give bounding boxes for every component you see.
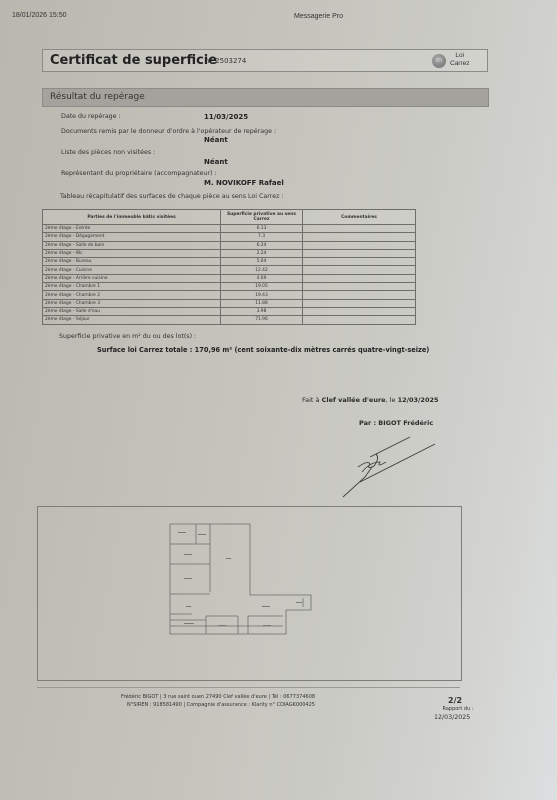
cell-surface: 12.42 bbox=[221, 266, 303, 274]
cell-part: 2ème étage - Chambre 3 bbox=[43, 299, 221, 307]
handwritten-signature-icon bbox=[340, 432, 440, 502]
cell-surface: 7.3 bbox=[221, 233, 303, 241]
table-row: 2ème étage - Chambre 311.88 bbox=[43, 299, 416, 307]
page-number: 2/2 bbox=[448, 696, 462, 705]
cell-part: 2ème étage - Salle de bain bbox=[43, 241, 221, 249]
table-row: 2ème étage - Bureau5.64 bbox=[43, 258, 416, 266]
non-visited-label: Liste des pièces non visitées : bbox=[61, 149, 155, 156]
section-header: Résultat du repérage bbox=[42, 88, 489, 107]
cell-surface: 71.96 bbox=[221, 316, 303, 324]
cell-part: 2ème étage - Wc bbox=[43, 249, 221, 257]
app-name: Messagerie Pro bbox=[294, 13, 343, 20]
fait-prefix: Fait à bbox=[302, 396, 322, 404]
cell-comment bbox=[303, 291, 416, 299]
surfaces-table: Parties de l'immeuble bâtis visitées Sup… bbox=[42, 209, 416, 325]
print-datetime: 18/01/2026 15:50 bbox=[12, 12, 67, 19]
table-row: 2ème étage - Séjour71.96 bbox=[43, 316, 416, 324]
cell-surface: 4.69 bbox=[221, 274, 303, 282]
footer-legal: N°SIREN : 918581490 | Compagnie d'assura… bbox=[127, 702, 315, 708]
cell-part: 2ème étage - Arrière cuisine bbox=[43, 274, 221, 282]
table-row: 2ème étage - Cuisine12.42 bbox=[43, 266, 416, 274]
cell-part: 2ème étage - Salle d'eau bbox=[43, 307, 221, 315]
footer-divider bbox=[37, 687, 460, 688]
table-row: 2ème étage - Wc2.24 bbox=[43, 249, 416, 257]
cell-comment bbox=[303, 225, 416, 233]
representative-value: M. NOVIKOFF Rafael bbox=[204, 179, 284, 187]
cell-comment bbox=[303, 274, 416, 282]
logo-line2: Carrez bbox=[450, 60, 470, 67]
certificate-number: n° 2503274 bbox=[205, 57, 246, 65]
table-row: 2ème étage - Chambre 219.43 bbox=[43, 291, 416, 299]
non-visited-value: Néant bbox=[204, 158, 228, 166]
cell-surface: 5.64 bbox=[221, 258, 303, 266]
cell-surface: 19.43 bbox=[221, 291, 303, 299]
table-row: 2ème étage - Chambre 119.05 bbox=[43, 283, 416, 291]
header-parts: Parties de l'immeuble bâtis visitées bbox=[43, 210, 221, 225]
cell-part: 2ème étage - Entrée bbox=[43, 225, 221, 233]
cell-surface: 2.24 bbox=[221, 249, 303, 257]
footer-contact: Frédéric BIGOT | 3 rue saint ouen 27490 … bbox=[121, 694, 315, 700]
loi-carrez-logo: Loi Carrez bbox=[450, 52, 470, 68]
total-label: Superficie privative en m² du ou des lot… bbox=[59, 333, 196, 340]
table-row: 2ème étage - Entrée6.13 bbox=[43, 225, 416, 233]
table-header-row: Parties de l'immeuble bâtis visitées Sup… bbox=[43, 210, 416, 225]
table-row: 2ème étage - Arrière cuisine4.69 bbox=[43, 274, 416, 282]
cell-part: 2ème étage - Bureau bbox=[43, 258, 221, 266]
table-row: 2ème étage - Dégagement7.3 bbox=[43, 233, 416, 241]
date-value: 11/03/2025 bbox=[204, 113, 248, 121]
date-prefix: , le bbox=[386, 396, 398, 404]
cell-comment bbox=[303, 299, 416, 307]
cell-part: 2ème étage - Séjour bbox=[43, 316, 221, 324]
place: Clef vallée d'eure bbox=[322, 396, 386, 404]
table-row: 2ème étage - Salle d'eau3.98 bbox=[43, 307, 416, 315]
cell-surface: 19.05 bbox=[221, 283, 303, 291]
cell-part: 2ème étage - Chambre 1 bbox=[43, 283, 221, 291]
date-label: Date du repérage : bbox=[61, 113, 121, 120]
header-surface: Superficie privative au sens Carrez bbox=[221, 210, 303, 225]
representative-label: Représentant du propriétaire (accompagna… bbox=[61, 170, 217, 177]
header-comments: Commentaires bbox=[303, 210, 416, 225]
cell-comment bbox=[303, 266, 416, 274]
cell-comment bbox=[303, 241, 416, 249]
cell-comment bbox=[303, 307, 416, 315]
section-title: Résultat du repérage bbox=[50, 92, 145, 102]
certificate-title: Certificat de superficie bbox=[50, 53, 217, 68]
logo-line1: Loi bbox=[455, 52, 464, 59]
m-badge-icon: m bbox=[432, 54, 446, 68]
floor-plan-icon bbox=[168, 522, 313, 642]
certificate-title-box: Certificat de superficie n° 2503274 m Lo… bbox=[42, 49, 488, 72]
cell-comment bbox=[303, 258, 416, 266]
cell-part: 2ème étage - Cuisine bbox=[43, 266, 221, 274]
rapport-date: 12/03/2025 bbox=[434, 714, 470, 721]
signed-date: 12/03/2025 bbox=[398, 396, 439, 404]
cell-surface: 3.98 bbox=[221, 307, 303, 315]
cell-comment bbox=[303, 316, 416, 324]
cell-surface: 11.88 bbox=[221, 299, 303, 307]
rapport-label: Rapport du : bbox=[438, 706, 478, 712]
table-intro: Tableau récapitulatif des surfaces de ch… bbox=[60, 193, 284, 200]
made-at: Fait à Clef vallée d'eure, le 12/03/2025 bbox=[302, 396, 439, 404]
cell-part: 2ème étage - Chambre 2 bbox=[43, 291, 221, 299]
cell-surface: 6.24 bbox=[221, 241, 303, 249]
table-row: 2ème étage - Salle de bain6.24 bbox=[43, 241, 416, 249]
total-value: Surface loi Carrez totale : 170,96 m² (c… bbox=[97, 346, 429, 354]
cell-comment bbox=[303, 233, 416, 241]
cell-surface: 6.13 bbox=[221, 225, 303, 233]
documents-value: Néant bbox=[204, 136, 228, 144]
cell-comment bbox=[303, 283, 416, 291]
documents-label: Documents remis par le donneur d'ordre à… bbox=[61, 128, 276, 135]
cell-comment bbox=[303, 249, 416, 257]
cell-part: 2ème étage - Dégagement bbox=[43, 233, 221, 241]
signed-by: Par : BIGOT Frédéric bbox=[359, 419, 433, 427]
